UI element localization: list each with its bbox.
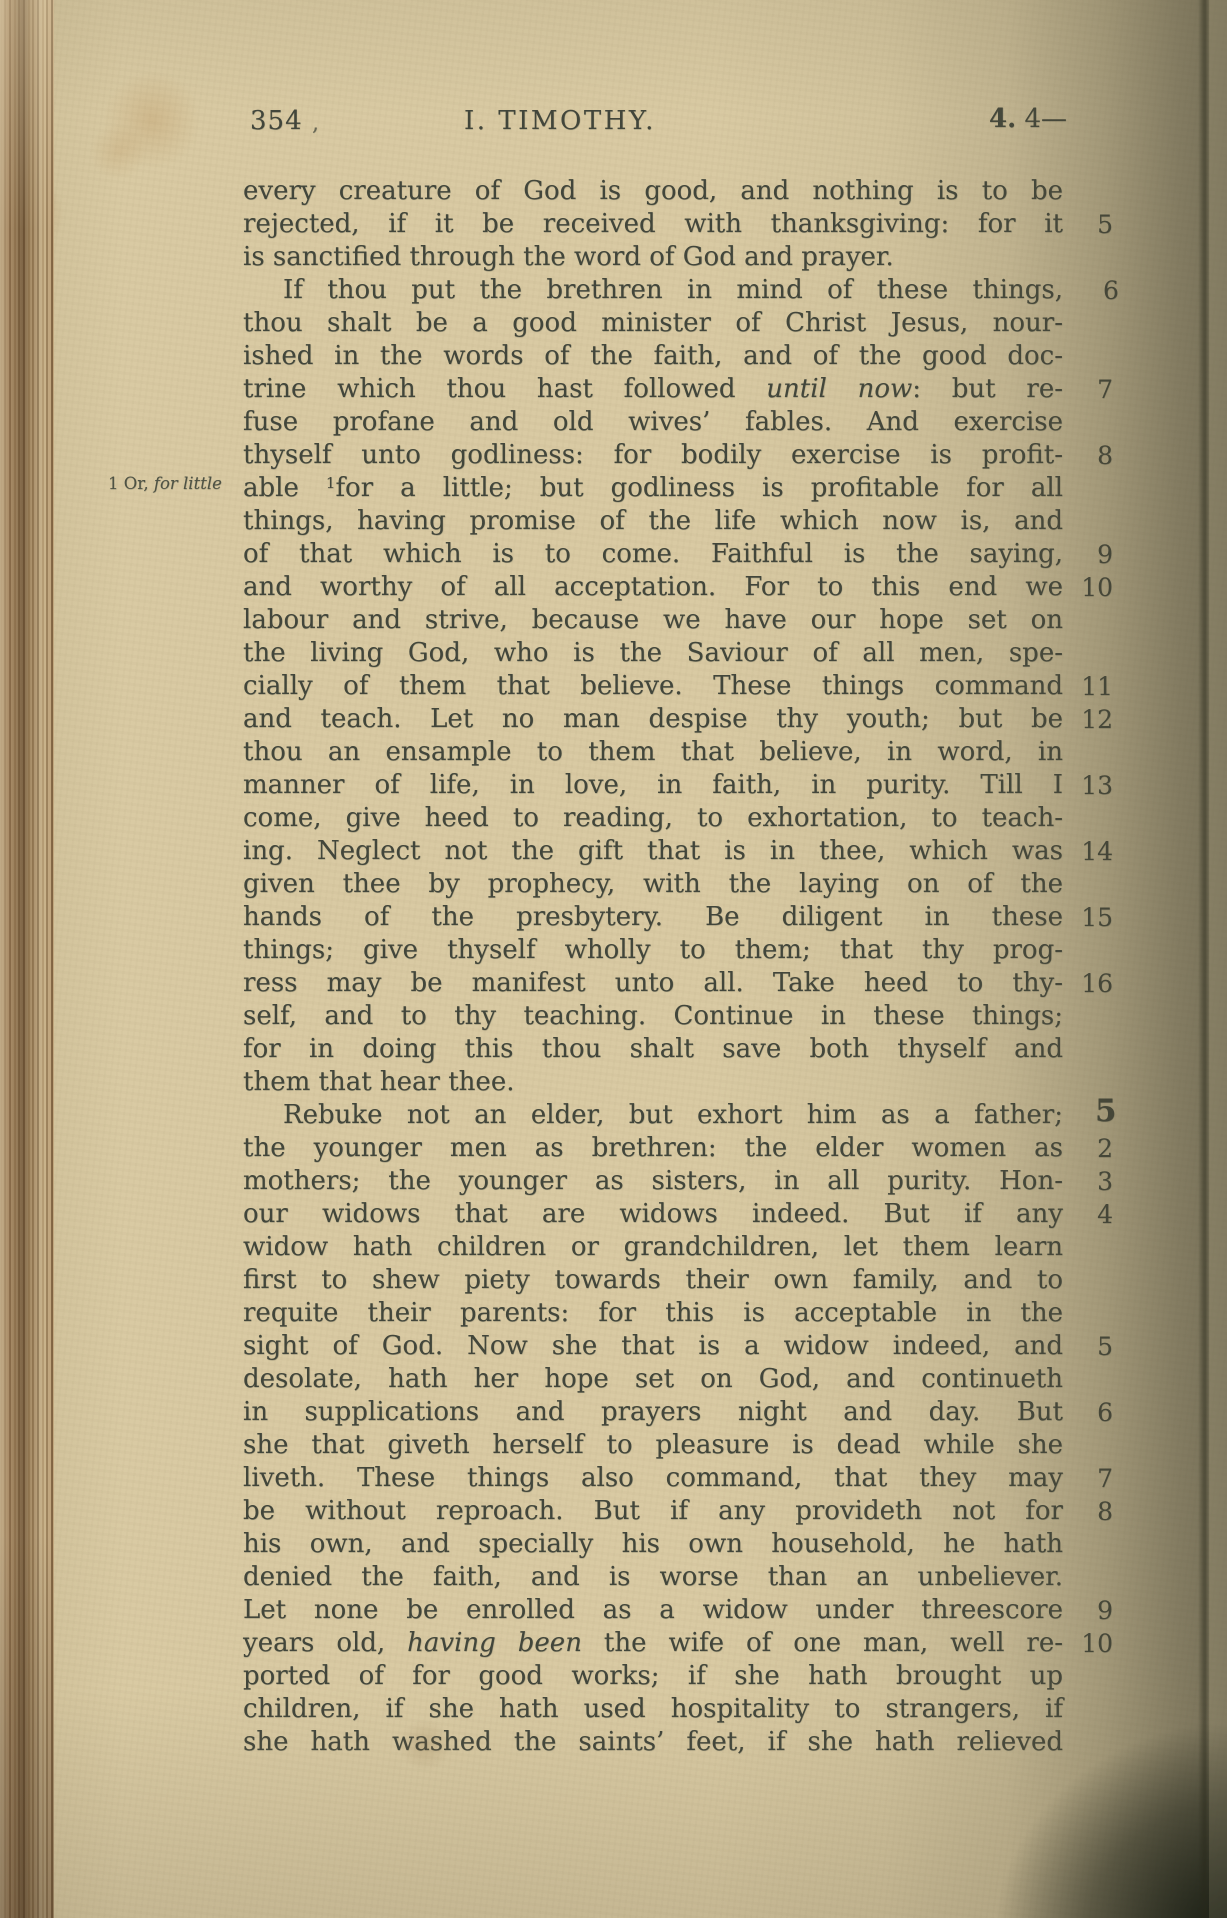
text-line: fuse profane and old wives’ fables. And … bbox=[243, 406, 1063, 439]
text-line: Rebuke not an elder, but exhort him as a… bbox=[243, 1099, 1063, 1132]
text-segment: things, having promise of the life which… bbox=[243, 506, 1063, 536]
text-segment: the wife of one man, well re- bbox=[582, 1628, 1063, 1658]
verse-number: 14 bbox=[1063, 835, 1113, 868]
text-line: ress may be manifest unto all. Take heed… bbox=[243, 967, 1063, 1000]
text-line: given thee by prophecy, with the laying … bbox=[243, 868, 1063, 901]
text-line: is sanctified through the word of God an… bbox=[243, 241, 1063, 274]
text-line: first to shew piety towards their own fa… bbox=[243, 1264, 1063, 1297]
verse-number: 4 bbox=[1063, 1198, 1113, 1231]
verse-number: 15 bbox=[1063, 901, 1113, 934]
text-segment: of that which is to come. Faithful is th… bbox=[243, 539, 1063, 569]
text-segment: thou shalt be a good minister of Christ … bbox=[243, 308, 1063, 338]
text-segment: she that giveth herself to pleasure is d… bbox=[243, 1430, 1063, 1460]
text-line: cially of them that believe. These thing… bbox=[243, 670, 1063, 703]
text-segment: our widows that are widows indeed. But i… bbox=[243, 1199, 1063, 1229]
text-segment: If thou put the brethren in mind of thes… bbox=[283, 275, 1063, 305]
chapter-number: 5 bbox=[1055, 1095, 1113, 1128]
scripture-text: every creature of God is good, and nothi… bbox=[243, 175, 1063, 1759]
verse-number: 7 bbox=[1063, 373, 1113, 406]
text-segment: mothers; the younger as sisters, in all … bbox=[243, 1166, 1063, 1196]
text-segment: desolate, hath her hope set on God, and … bbox=[243, 1364, 1063, 1394]
text-line: ing. Neglect not the gift that is in the… bbox=[243, 835, 1063, 868]
text-line: self, and to thy teaching. Continue in t… bbox=[243, 1000, 1063, 1033]
text-segment: sight of God. Now she that is a widow in… bbox=[243, 1331, 1063, 1361]
text-line: the younger men as brethren: the elder w… bbox=[243, 1132, 1063, 1165]
text-segment: the younger men as brethren: the elder w… bbox=[243, 1133, 1063, 1163]
text-segment: trine which thou hast followed bbox=[243, 374, 766, 404]
text-segment: things; give thyself wholly to them; tha… bbox=[243, 935, 1063, 965]
text-segment: them that hear thee. bbox=[243, 1067, 514, 1097]
text-segment: ished in the words of the faith, and of … bbox=[243, 341, 1063, 371]
text-line: things; give thyself wholly to them; tha… bbox=[243, 934, 1063, 967]
margin-note-italic: for little bbox=[154, 474, 222, 493]
text-line: things, having promise of the life which… bbox=[243, 505, 1063, 538]
book-title: I. TIMOTHY. bbox=[464, 106, 656, 136]
text-line: thou an ensample to them that believe, i… bbox=[243, 736, 1063, 769]
text-line: thyself unto godliness: for bodily exerc… bbox=[243, 439, 1063, 472]
text-segment: be without reproach. But if any providet… bbox=[243, 1496, 1063, 1526]
text-line: come, give heed to reading, to exhortati… bbox=[243, 802, 1063, 835]
text-line: children, if she hath used hospitality t… bbox=[243, 1693, 1063, 1726]
text-segment: his own, and specially his own household… bbox=[243, 1529, 1063, 1559]
text-line: hands of the presbytery. Be diligent in … bbox=[243, 901, 1063, 934]
chapter-ref-rest: 4— bbox=[1016, 104, 1067, 134]
text-line: his own, and specially his own household… bbox=[243, 1528, 1063, 1561]
verse-number: 8 bbox=[1063, 439, 1113, 472]
verse-number: 10 bbox=[1063, 1627, 1113, 1660]
text-line: liveth. These things also command, that … bbox=[243, 1462, 1063, 1495]
text-segment: in supplications and prayers night and d… bbox=[243, 1397, 1063, 1427]
text-line: mothers; the younger as sisters, in all … bbox=[243, 1165, 1063, 1198]
text-line: every creature of God is good, and nothi… bbox=[243, 175, 1063, 208]
text-segment: and teach. Let no man despise thy youth;… bbox=[243, 704, 1063, 734]
text-segment: able bbox=[243, 473, 326, 503]
text-line: and worthy of all acceptation. For to th… bbox=[243, 571, 1063, 604]
text-line: be without reproach. But if any providet… bbox=[243, 1495, 1063, 1528]
text-segment: thyself unto godliness: for bodily exerc… bbox=[243, 440, 1063, 470]
text-segment: children, if she hath used hospitality t… bbox=[243, 1694, 1063, 1724]
text-line: rejected, if it be received with thanksg… bbox=[243, 208, 1063, 241]
text-line: and teach. Let no man despise thy youth;… bbox=[243, 703, 1063, 736]
text-line: labour and strive, because we have our h… bbox=[243, 604, 1063, 637]
verse-number: 5 bbox=[1063, 208, 1113, 241]
text-line: thou shalt be a good minister of Christ … bbox=[243, 307, 1063, 340]
text-line: years old, having been the wife of one m… bbox=[243, 1627, 1063, 1660]
text-line: denied the faith, and is worse than an u… bbox=[243, 1561, 1063, 1594]
text-segment: and worthy of all acceptation. For to th… bbox=[243, 572, 1063, 602]
chapter-ref-bold: 4. bbox=[989, 104, 1016, 134]
page-number: 354 bbox=[250, 106, 303, 136]
margin-note-text: 1 Or, bbox=[108, 474, 154, 493]
text-segment: requite their parents: for this is accep… bbox=[243, 1298, 1063, 1328]
text-segment: Let none be enrolled as a widow under th… bbox=[243, 1595, 1063, 1625]
footnote-marker: 1 bbox=[326, 474, 336, 492]
text-line: she hath washed the saints’ feet, if she… bbox=[243, 1726, 1063, 1759]
text-line: able 1for a little; but godliness is pro… bbox=[243, 472, 1063, 505]
text-line: for in doing this thou shalt save both t… bbox=[243, 1033, 1063, 1066]
text-segment: having been bbox=[407, 1628, 582, 1658]
text-segment: thou an ensample to them that believe, i… bbox=[243, 737, 1063, 767]
verse-number: 2 bbox=[1063, 1132, 1113, 1165]
text-segment: every creature of God is good, and nothi… bbox=[243, 176, 1063, 206]
text-segment: until now bbox=[766, 374, 912, 404]
text-segment: ing. Neglect not the gift that is in the… bbox=[243, 836, 1063, 866]
text-segment: first to shew piety towards their own fa… bbox=[243, 1265, 1063, 1295]
verse-number: 6 bbox=[1063, 1396, 1113, 1429]
text-segment: ress may be manifest unto all. Take heed… bbox=[243, 968, 1063, 998]
text-segment: she hath washed the saints’ feet, if she… bbox=[243, 1727, 1063, 1757]
text-line: of that which is to come. Faithful is th… bbox=[243, 538, 1063, 571]
text-line: ished in the words of the faith, and of … bbox=[243, 340, 1063, 373]
text-line: ported of for good works; if she hath br… bbox=[243, 1660, 1063, 1693]
text-line: Let none be enrolled as a widow under th… bbox=[243, 1594, 1063, 1627]
text-segment: labour and strive, because we have our h… bbox=[243, 605, 1063, 635]
verse-number: 12 bbox=[1063, 703, 1113, 736]
text-segment: hands of the presbytery. Be diligent in … bbox=[243, 902, 1063, 932]
text-line: the living God, who is the Saviour of al… bbox=[243, 637, 1063, 670]
verse-number: 11 bbox=[1063, 670, 1113, 703]
text-segment: manner of life, in love, in faith, in pu… bbox=[243, 770, 1063, 800]
text-segment: : but re- bbox=[912, 374, 1063, 404]
text-segment: cially of them that believe. These thing… bbox=[243, 671, 1063, 701]
verse-number: 9 bbox=[1063, 538, 1113, 571]
text-line: If thou put the brethren in mind of thes… bbox=[243, 274, 1063, 307]
verse-number: 8 bbox=[1063, 1495, 1113, 1528]
text-line: she that giveth herself to pleasure is d… bbox=[243, 1429, 1063, 1462]
text-line: in supplications and prayers night and d… bbox=[243, 1396, 1063, 1429]
text-segment: rejected, if it be received with thanksg… bbox=[243, 209, 1063, 239]
text-segment: for in doing this thou shalt save both t… bbox=[243, 1034, 1063, 1064]
text-segment: come, give heed to reading, to exhortati… bbox=[243, 803, 1063, 833]
text-segment: self, and to thy teaching. Continue in t… bbox=[243, 1001, 1063, 1031]
text-segment: given thee by prophecy, with the laying … bbox=[243, 869, 1063, 899]
text-line: requite their parents: for this is accep… bbox=[243, 1297, 1063, 1330]
margin-note: 1 Or, for little bbox=[108, 474, 222, 493]
text-segment: years old, bbox=[243, 1628, 407, 1658]
text-line: trine which thou hast followed until now… bbox=[243, 373, 1063, 406]
text-segment: denied the faith, and is worse than an u… bbox=[243, 1562, 1063, 1592]
verse-number: 13 bbox=[1063, 769, 1113, 802]
text-line: sight of God. Now she that is a widow in… bbox=[243, 1330, 1063, 1363]
text-segment: Rebuke not an elder, but exhort him as a… bbox=[283, 1100, 1063, 1130]
verse-number: 6 bbox=[1063, 274, 1113, 307]
verse-number: 5 bbox=[1063, 1330, 1113, 1363]
text-segment: is sanctified through the word of God an… bbox=[243, 242, 894, 272]
text-line: widow hath children or grandchildren, le… bbox=[243, 1231, 1063, 1264]
verse-number: 16 bbox=[1063, 967, 1113, 1000]
verse-number: 9 bbox=[1063, 1594, 1113, 1627]
text-line: them that hear thee. bbox=[243, 1066, 1063, 1099]
text-line: our widows that are widows indeed. But i… bbox=[243, 1198, 1063, 1231]
chapter-verse-ref: 4. 4— bbox=[879, 104, 1067, 134]
text-segment: ported of for good works; if she hath br… bbox=[243, 1661, 1063, 1691]
text-segment: widow hath children or grandchildren, le… bbox=[243, 1232, 1063, 1262]
text-segment: liveth. These things also command, that … bbox=[243, 1463, 1063, 1493]
verse-number: 7 bbox=[1063, 1462, 1113, 1495]
text-segment: fuse profane and old wives’ fables. And … bbox=[243, 407, 1063, 437]
text-segment: the living God, who is the Saviour of al… bbox=[243, 638, 1063, 668]
text-line: desolate, hath her hope set on God, and … bbox=[243, 1363, 1063, 1396]
scanned-book-page: { "colors": { "page_background": "#d9caa… bbox=[0, 0, 1227, 1918]
text-segment: for a little; but godliness is profitabl… bbox=[335, 473, 1063, 503]
verse-number: 10 bbox=[1063, 571, 1113, 604]
verse-number: 3 bbox=[1063, 1165, 1113, 1198]
stray-ink-mark: , bbox=[312, 111, 319, 136]
text-line: manner of life, in love, in faith, in pu… bbox=[243, 769, 1063, 802]
